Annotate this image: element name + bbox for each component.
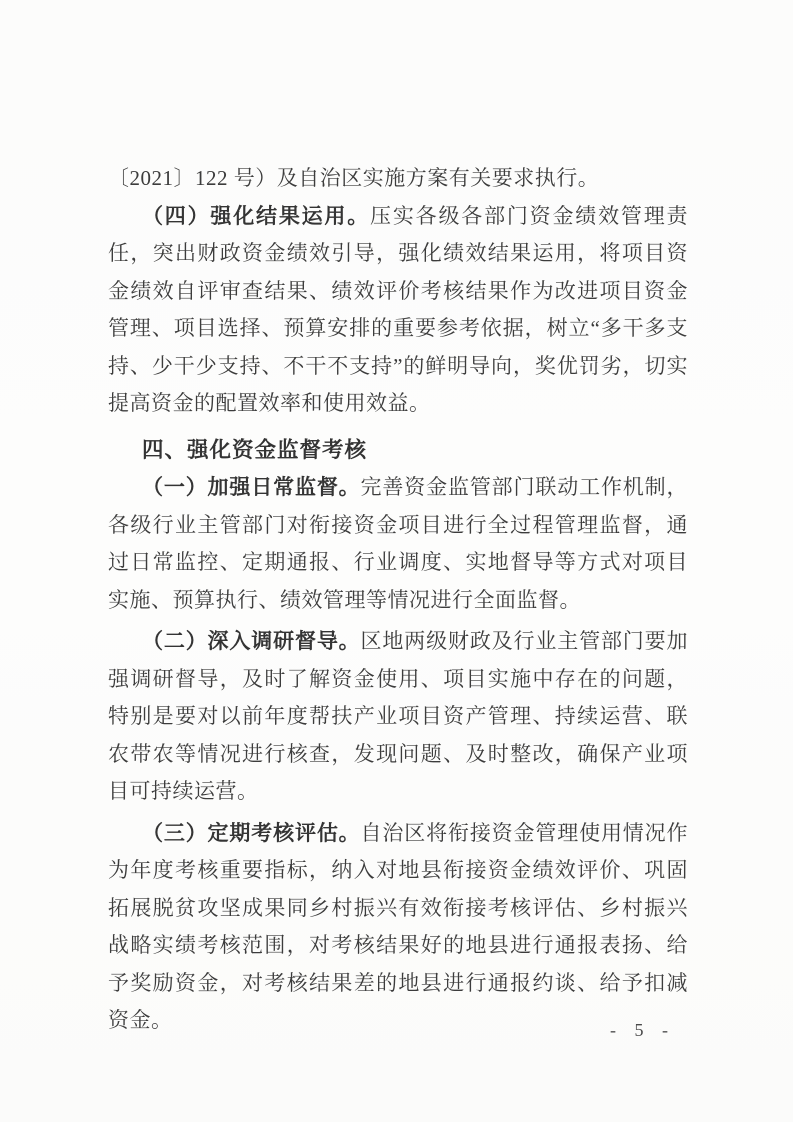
- page-number: - 5 -: [610, 1018, 675, 1042]
- document-body: 〔2021〕122 号）及自治区实施方案有关要求执行。 （四）强化结果运用。压实…: [108, 160, 688, 1040]
- paragraph-text: 自治区将衔接资金管理使用情况作为年度考核重要指标，纳入对地县衔接资金绩效评价、巩…: [108, 821, 688, 1033]
- paragraph-continuation: 〔2021〕122 号）及自治区实施方案有关要求执行。: [108, 160, 688, 198]
- paragraph-text: 压实各级各部门资金绩效管理责任，突出财政资金绩效引导，强化绩效结果运用，将项目资…: [108, 204, 688, 416]
- paragraph-item-one: （一）加强日常监督。完善资金监管部门联动工作机制，各级行业主管部门对衔接资金项目…: [108, 469, 688, 619]
- paragraph-text: 〔2021〕122 号）及自治区实施方案有关要求执行。: [108, 166, 599, 190]
- paragraph-text: 区地两级财政及行业主管部门要加强调研督导，及时了解资金使用、项目实施中存在的问题…: [108, 629, 688, 803]
- paragraph-lead: （二）深入调研督导。: [142, 630, 361, 653]
- paragraph-item-three: （三）定期考核评估。自治区将衔接资金管理使用情况作为年度考核重要指标，纳入对地县…: [108, 815, 688, 1040]
- document-page: 〔2021〕122 号）及自治区实施方案有关要求执行。 （四）强化结果运用。压实…: [0, 0, 793, 1122]
- section-heading: 四、强化资金监督考核: [108, 432, 688, 470]
- paragraph-item-four: （四）强化结果运用。压实各级各部门资金绩效管理责任，突出财政资金绩效引导，强化绩…: [108, 198, 688, 423]
- paragraph-item-two: （二）深入调研督导。区地两级财政及行业主管部门要加强调研督导，及时了解资金使用、…: [108, 623, 688, 811]
- paragraph-lead: （一）加强日常监督。: [142, 476, 361, 499]
- paragraph-lead: （三）定期考核评估。: [142, 822, 361, 845]
- paragraph-lead: （四）强化结果运用。: [142, 205, 370, 228]
